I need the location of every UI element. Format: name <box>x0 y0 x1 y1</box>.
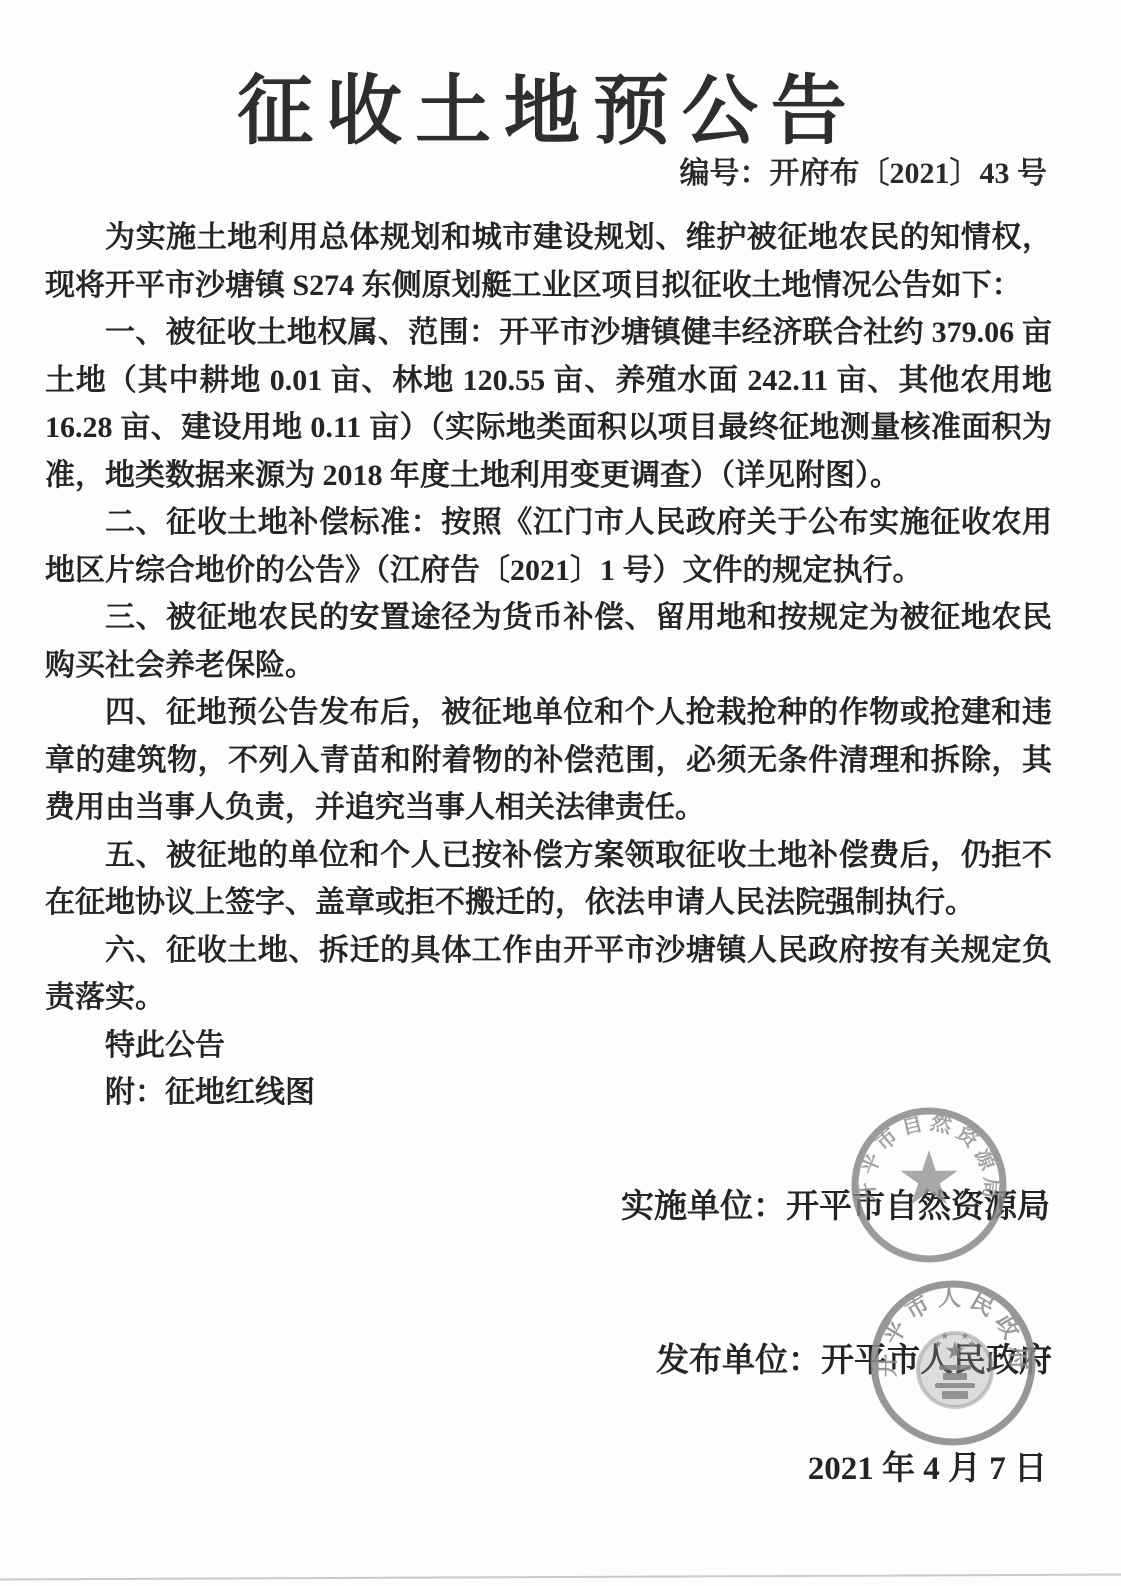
paragraph-item-6: 六、征收土地、拆迁的具体工作由开平市沙塘镇人民政府按有关规定负责落实。 <box>45 927 1052 1022</box>
closing-statement: 特此公告 <box>45 1022 1052 1070</box>
paragraph-item-5: 五、被征地的单位和个人已按补偿方案领取征收土地补偿费后，仍拒不在征地协议上签字、… <box>45 832 1052 927</box>
announcement-body: 为实施土地利用总体规划和城市建设规划、维护被征地农民的知情权，现将开平市沙塘镇 … <box>45 214 1052 1117</box>
people-government-seal: 开平市人民政府 <box>863 1273 1043 1453</box>
star-icon <box>900 1150 957 1204</box>
natural-resources-seal: 开平市自然资源局 <box>844 1100 1014 1270</box>
paragraph-item-1: 一、被征收土地权属、范围：开平市沙塘镇健丰经济联合社约 379.06 亩土地（其… <box>45 309 1052 499</box>
paragraph-item-4: 四、征地预公告发布后，被征地单位和个人抢栽抢种的作物或抢建和违章的建筑物，不列入… <box>45 689 1052 832</box>
scan-edge-line <box>0 1574 1121 1581</box>
announcement-page: 征收土地预公告 编号：开府布〔2021〕43 号 为实施土地利用总体规划和城市建… <box>0 0 1121 1586</box>
document-number: 编号：开府布〔2021〕43 号 <box>680 148 1048 192</box>
page-title: 征收土地预公告 <box>0 50 1109 159</box>
paragraph-item-3: 三、被征地农民的安置途径为货币补偿、留用地和按规定为被征地农民购买社会养老保险。 <box>45 594 1052 689</box>
national-emblem-icon <box>918 1332 992 1407</box>
paragraph-item-2: 二、征收土地补偿标准：按照《江门市人民政府关于公布实施征收农用地区片综合地价的公… <box>45 499 1052 594</box>
paragraph-intro: 为实施土地利用总体规划和城市建设规划、维护被征地农民的知情权，现将开平市沙塘镇 … <box>45 214 1052 309</box>
